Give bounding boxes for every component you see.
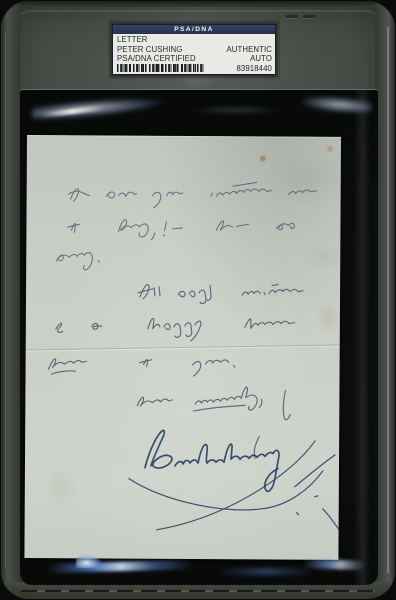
- label-row-barcode: 83918440: [117, 64, 272, 73]
- plastic-glare-blue: [48, 560, 194, 573]
- plastic-glare: [301, 94, 372, 115]
- plastic-glare-blue: [218, 568, 314, 575]
- certifier-text: PSA/DNA CERTIFIED: [117, 54, 196, 63]
- plastic-glare: [354, 90, 370, 585]
- handwriting-line-1: [69, 181, 317, 209]
- handwriting-line-3: [56, 252, 99, 270]
- embossed-vent-mark: [285, 15, 298, 18]
- subject-name: PETER CUSHING: [117, 45, 182, 54]
- display-window: [20, 89, 378, 585]
- letter-page: [24, 135, 341, 560]
- plastic-glare: [32, 94, 163, 121]
- handwriting-line-4: [138, 284, 303, 304]
- fold-crease: [26, 343, 340, 353]
- status-badge: AUTHENTIC: [226, 45, 272, 54]
- embossed-vent-mark: [302, 15, 315, 18]
- slab-frame-left: [1, 1, 20, 599]
- stray-pen-strokes: [254, 390, 290, 458]
- handwriting-line-6: [49, 359, 235, 377]
- plastic-glare: [188, 106, 284, 114]
- label-row-subject: PETER CUSHING AUTHENTIC: [117, 45, 272, 54]
- cert-label: PSA/DNA LETTER PETER CUSHING AUTHENTIC P…: [113, 25, 275, 74]
- handwritten-letter: [24, 135, 341, 560]
- embossed-logo-ghost: [185, 77, 211, 86]
- slab-frame-right: [375, 1, 395, 599]
- photo-of-certified-letter: PSA/DNA LETTER PETER CUSHING AUTHENTIC P…: [0, 0, 396, 600]
- item-type: LETTER: [117, 35, 148, 44]
- label-row-certifier: PSA/DNA CERTIFIED AUTO: [117, 54, 272, 63]
- handwriting-line-5: [56, 318, 295, 342]
- plastic-glare-blue: [303, 559, 365, 570]
- psa-dna-brand-bar: PSA/DNA: [113, 25, 275, 34]
- handwriting-line-7: [137, 387, 262, 412]
- psa-slab-holder: PSA/DNA LETTER PETER CUSHING AUTHENTIC P…: [1, 1, 395, 599]
- barcode-icon: [117, 64, 205, 72]
- cert-label-body: LETTER PETER CUSHING AUTHENTIC PSA/DNA C…: [113, 34, 275, 74]
- plastic-glare: [40, 105, 104, 118]
- handwriting-line-2: [67, 219, 294, 240]
- slab-frame-top: [1, 1, 395, 7]
- signature: [129, 430, 341, 537]
- auto-label: AUTO: [250, 54, 272, 63]
- label-row-type: LETTER: [117, 35, 272, 44]
- cert-number: 83918440: [237, 64, 273, 73]
